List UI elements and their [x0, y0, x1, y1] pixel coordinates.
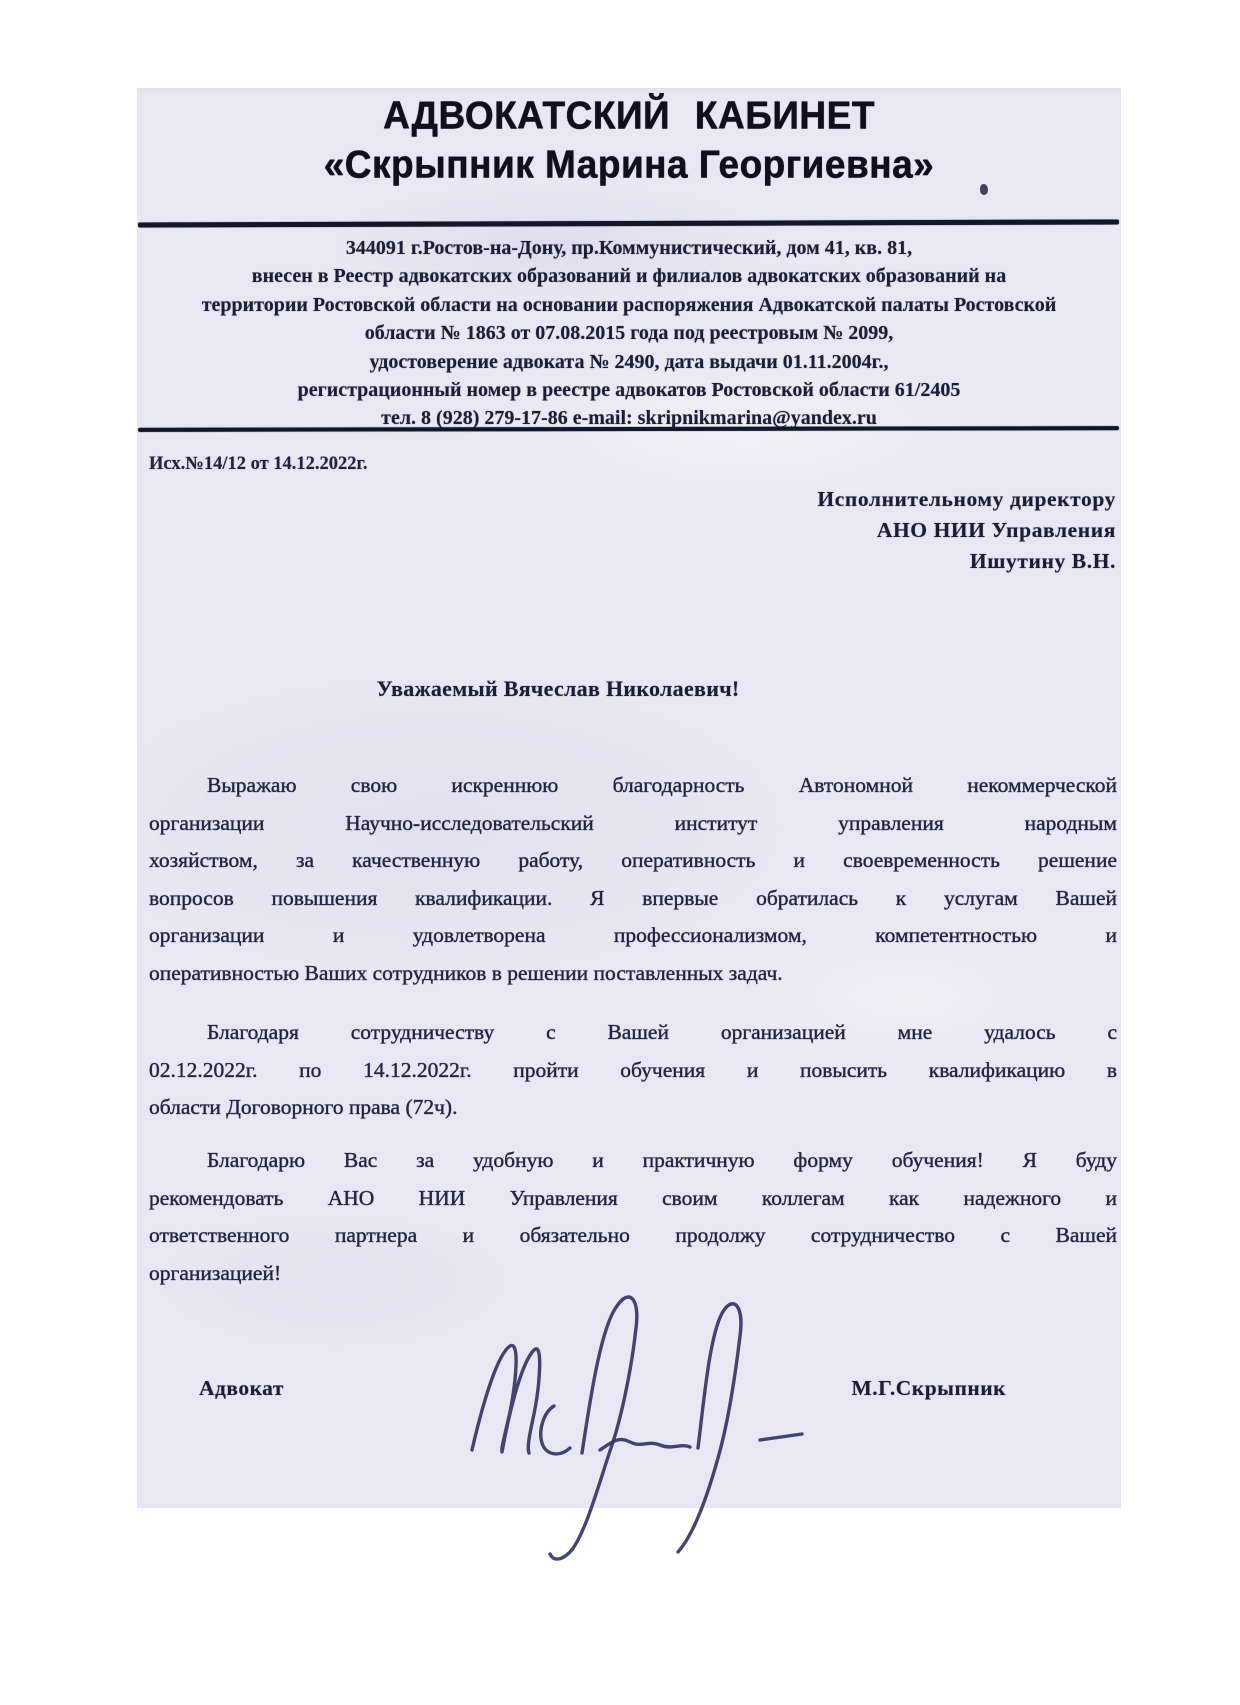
body-line: хозяйством, за качественную работу, опер…	[149, 842, 1117, 880]
signer-name: М.Г.Скрыпник	[851, 1376, 1006, 1401]
paragraph-1: Выражаю свою искреннюю благодарность Авт…	[149, 767, 1117, 993]
letterhead-line: области № 1863 от 07.08.2015 года под ре…	[137, 319, 1121, 347]
body-line: Благодарю Вас за удобную и практичную фо…	[149, 1142, 1117, 1180]
letterhead-line: внесен в Реестр адвокатских образований …	[137, 262, 1121, 290]
scan-canvas: АДВОКАТСКИЙ КАБИНЕТ «Скрыпник Марина Гео…	[0, 0, 1240, 1705]
body-line: Выражаю свою искреннюю благодарность Авт…	[149, 767, 1117, 805]
body-line: 02.12.2022г. по 14.12.2022г. пройти обуч…	[149, 1052, 1117, 1090]
letterhead-line: территории Ростовской области на основан…	[137, 291, 1121, 319]
addressee-line: АНО НИИ Управления	[817, 515, 1116, 546]
addressee-line: Исполнительному директору	[817, 484, 1116, 515]
letterhead-line: удостоверение адвоката № 2490, дата выда…	[137, 348, 1121, 376]
body-line: ответственного партнера и обязательно пр…	[149, 1217, 1117, 1255]
body-line: организации Научно-исследовательский инс…	[149, 805, 1117, 843]
scan-artifact	[980, 184, 988, 195]
signer-role: Адвокат	[199, 1376, 284, 1401]
body-line: области Договорного права (72ч).	[149, 1089, 1117, 1127]
letterhead-line: регистрационный номер в реестре адвокато…	[137, 376, 1121, 404]
handwritten-signature-icon	[450, 1290, 850, 1580]
org-name-title: «Скрыпник Марина Георгиевна»	[137, 142, 1121, 189]
addressee-block: Исполнительному директору АНО НИИ Управл…	[817, 484, 1116, 577]
salutation: Уважаемый Вячеслав Николаевич!	[137, 676, 1121, 702]
org-type-title: АДВОКАТСКИЙ КАБИНЕТ	[137, 93, 1121, 140]
body-line: оперативностью Ваших сотрудников в решен…	[149, 955, 1117, 993]
paragraph-3: Благодарю Вас за удобную и практичную фо…	[149, 1142, 1117, 1292]
outgoing-reference: Исх.№14/12 от 14.12.2022г.	[149, 454, 368, 475]
body-line: вопросов повышения квалификации. Я вперв…	[149, 880, 1117, 918]
body-line: организации и удовлетворена профессионал…	[149, 917, 1117, 955]
letterhead-block: 344091 г.Ростов-на-Дону, пр.Коммунистиче…	[137, 234, 1121, 433]
addressee-line: Ишутину В.Н.	[817, 546, 1116, 577]
letterhead-line: 344091 г.Ростов-на-Дону, пр.Коммунистиче…	[137, 234, 1121, 262]
body-line: Благодаря сотрудничеству с Вашей организ…	[149, 1014, 1117, 1052]
paragraph-2: Благодаря сотрудничеству с Вашей организ…	[149, 1014, 1117, 1127]
body-line: рекомендовать АНО НИИ Управления своим к…	[149, 1180, 1117, 1218]
body-line: организацией!	[149, 1255, 1117, 1293]
header-divider	[138, 219, 1119, 227]
